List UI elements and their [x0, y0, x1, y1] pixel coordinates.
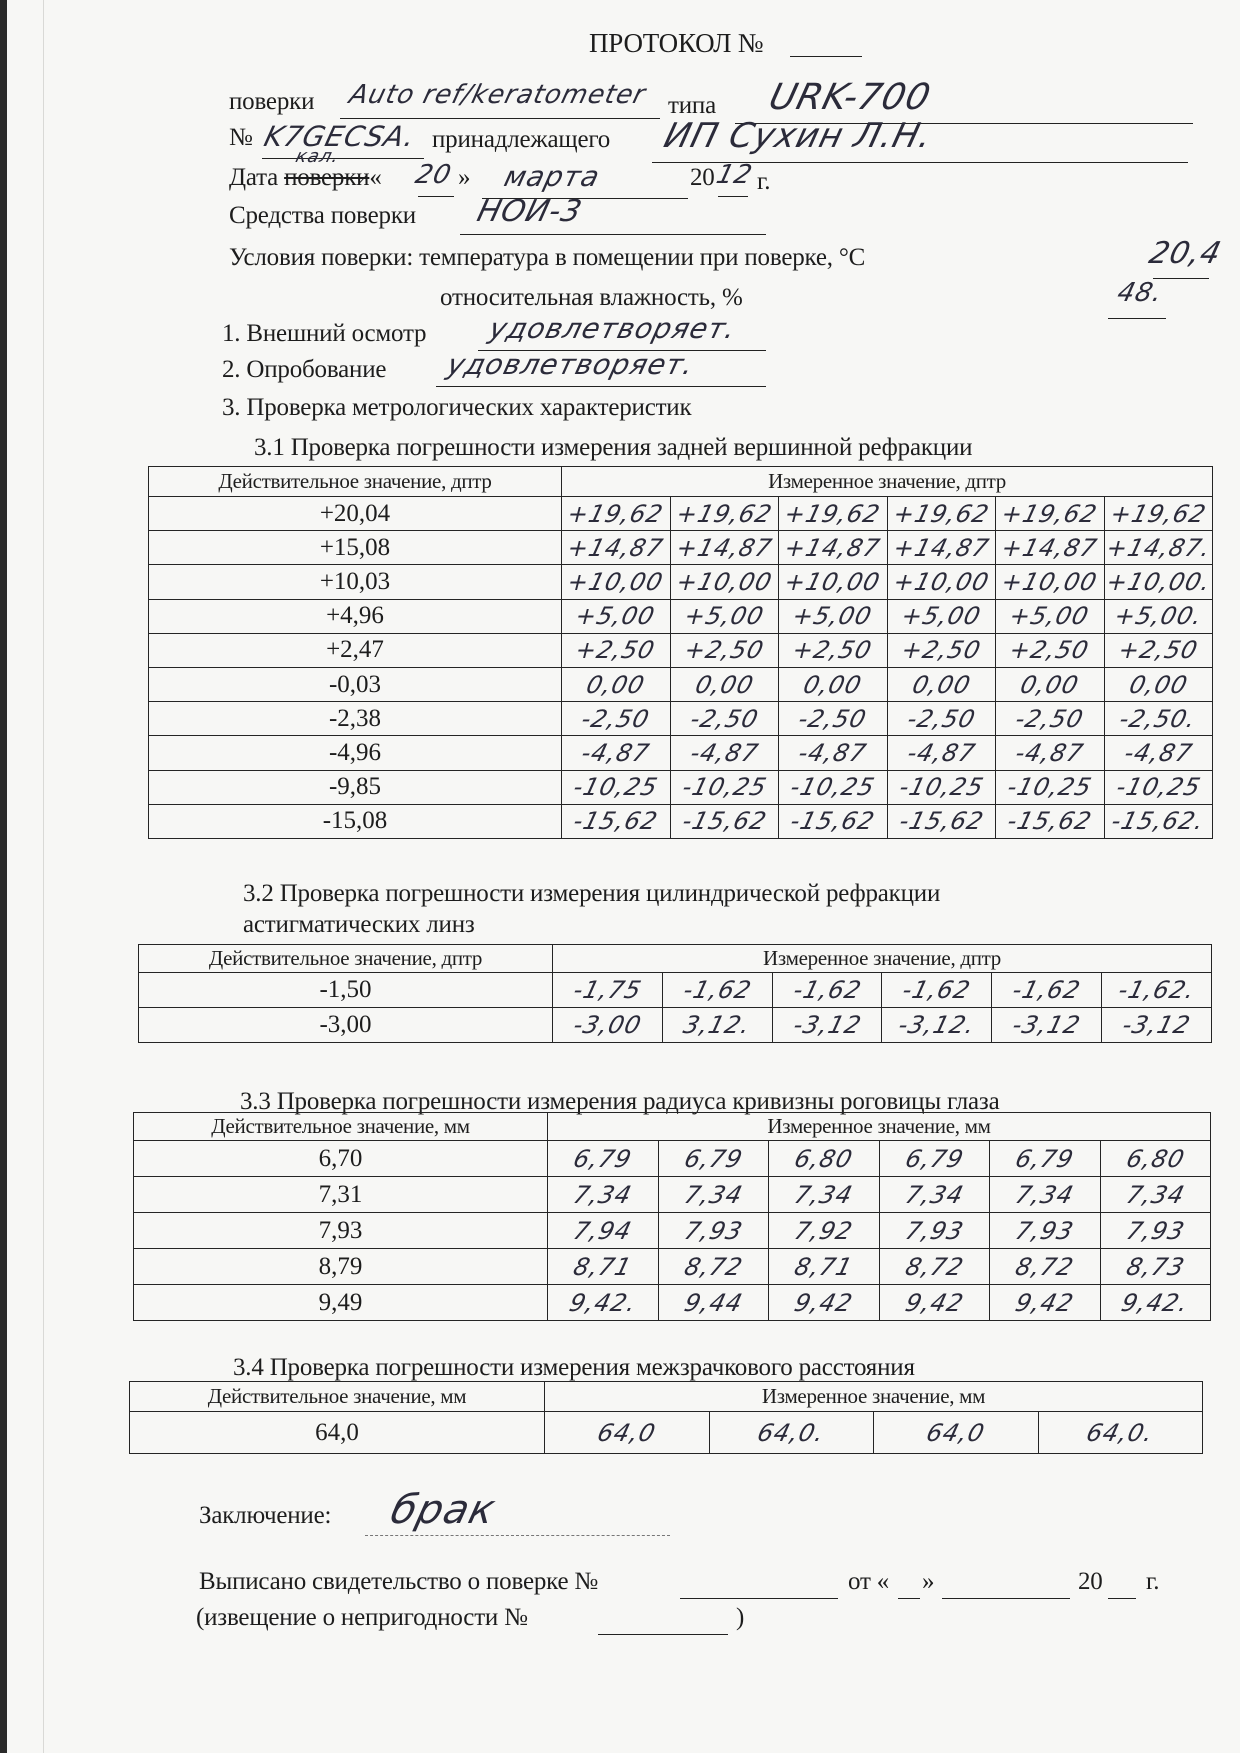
measured-value-cell: 8,72 [879, 1249, 990, 1285]
measured-value-cell: -2,50 [779, 702, 888, 736]
table-row: +2,47+2,50+2,50+2,50+2,50+2,50+2,50 [149, 633, 1213, 667]
measured-value-cell: -10,25 [1104, 770, 1213, 804]
handwritten-value: 7,92 [792, 1217, 856, 1245]
handwritten-value: -15,62 [571, 807, 661, 835]
actual-value-cell: -15,08 [149, 804, 562, 838]
measured-value-cell: -10,25 [779, 770, 888, 804]
column-header-actual: Действительное значение, мм [130, 1382, 545, 1412]
measured-value-cell: -4,87 [1104, 736, 1213, 770]
date-day-line [418, 196, 454, 197]
handwritten-value: +14,87 [673, 534, 775, 562]
actual-value-cell: -0,03 [149, 667, 562, 701]
temperature-value: 20,4 [1150, 236, 1221, 271]
handwritten-value: -15,62 [896, 807, 986, 835]
table-header-row: Действительное значение, дптрИзмеренное … [139, 945, 1212, 973]
handwritten-value: 6,79 [681, 1145, 745, 1173]
actual-value-cell: 9,49 [134, 1285, 548, 1321]
measured-value-cell: 9,42 [990, 1285, 1101, 1321]
actual-value-cell: -2,38 [149, 702, 562, 736]
notice-number-line [598, 1634, 728, 1635]
measured-value-cell: -4,87 [670, 736, 779, 770]
measured-value-cell: +14,87 [887, 531, 996, 565]
measured-value-cell: -4,87 [779, 736, 888, 770]
handwritten-value: -4,87 [904, 739, 978, 767]
certificate-month-line [942, 1598, 1070, 1599]
measured-value-cell: +10,00 [670, 565, 779, 599]
item-testing-value: удовлетворяет. [448, 348, 694, 382]
owner-label: принадлежащего [432, 126, 610, 154]
handwritten-value: -3,12 [1120, 1011, 1194, 1039]
handwritten-value: -2,50 [687, 705, 761, 733]
measured-value-cell: -10,25 [562, 770, 671, 804]
measured-value-cell: -2,50 [996, 702, 1105, 736]
handwritten-value: 8,72 [681, 1253, 745, 1281]
table-row: 6,706,796,796,806,796,796,80 [134, 1141, 1211, 1177]
handwritten-value: 8,71 [571, 1253, 635, 1281]
date-day: 20 [416, 160, 451, 190]
handwritten-value: 7,93 [1013, 1217, 1077, 1245]
handwritten-value: 7,93 [681, 1217, 745, 1245]
date-month: марта [505, 160, 600, 194]
measured-value-cell: +2,50 [996, 633, 1105, 667]
actual-value-cell: 7,31 [134, 1177, 548, 1213]
measured-value-cell: 0,00 [779, 667, 888, 701]
handwritten-value: +14,87 [565, 534, 667, 562]
certificate-year: 20 [1078, 1568, 1103, 1596]
measured-value-cell: -1,62 [662, 973, 772, 1008]
handwritten-value: -4,87 [1013, 739, 1087, 767]
handwritten-value: -4,87 [687, 739, 761, 767]
measured-value-cell: 9,42 [769, 1285, 880, 1321]
handwritten-value: 8,72 [1013, 1253, 1077, 1281]
measured-value-cell: -2,50 [562, 702, 671, 736]
quote-open: « [369, 164, 381, 191]
table-row: -9,85-10,25-10,25-10,25-10,25-10,25-10,2… [149, 770, 1213, 804]
actual-value-cell: -9,85 [149, 770, 562, 804]
date-year-prefix: 20 [690, 164, 715, 192]
handwritten-value: +5,00 [790, 602, 876, 630]
handwritten-value: +5,00 [1007, 602, 1093, 630]
measured-value-cell: -4,87 [562, 736, 671, 770]
measured-value-cell: 3,12. [662, 1008, 772, 1043]
actual-value-cell: 8,79 [134, 1249, 548, 1285]
handwritten-value: +5,00 [681, 602, 767, 630]
handwritten-value: -2,50 [796, 705, 870, 733]
handwritten-value: -10,25 [788, 773, 878, 801]
handwritten-value: 6,79 [902, 1145, 966, 1173]
verification-label: поверки [229, 88, 314, 116]
measured-value-cell: -4,87 [887, 736, 996, 770]
handwritten-value: +2,50 [1007, 636, 1093, 664]
measured-value-cell: 0,00 [996, 667, 1105, 701]
measured-value-cell: 6,80 [1100, 1141, 1211, 1177]
measured-value-cell: 9,42. [548, 1285, 659, 1321]
table-row: 7,317,347,347,347,347,347,34 [134, 1177, 1211, 1213]
measured-value-cell: 64,0. [709, 1412, 874, 1454]
handwritten-value: -1,62 [790, 976, 864, 1004]
handwritten-value: 7,34 [1013, 1181, 1077, 1209]
table-header-row: Действительное значение, ммИзмеренное зн… [134, 1113, 1211, 1141]
date-year-unit: г. [757, 168, 770, 196]
actual-value-cell: +2,47 [149, 633, 562, 667]
handwritten-value: +10,00 [890, 568, 992, 596]
measured-value-cell: -1,62. [1102, 973, 1212, 1008]
table-row: -2,38-2,50-2,50-2,50-2,50-2,50-2,50. [149, 702, 1213, 736]
handwritten-value: +5,00. [1111, 602, 1205, 630]
handwritten-value: +19,62 [673, 500, 775, 528]
measured-value-cell: +14,87 [562, 531, 671, 565]
handwritten-value: -1,75 [570, 976, 644, 1004]
measured-value-cell: 6,80 [769, 1141, 880, 1177]
measured-value-cell: 9,44 [658, 1285, 769, 1321]
measured-value-cell: +19,62 [779, 497, 888, 531]
handwritten-value: 9,42. [1119, 1289, 1192, 1317]
measured-value-cell: +19,62 [562, 497, 671, 531]
measured-value-cell: -10,25 [887, 770, 996, 804]
measured-value-cell: -15,62 [887, 804, 996, 838]
actual-value-cell: 64,0 [130, 1412, 545, 1454]
measured-value-cell: +2,50 [562, 633, 671, 667]
verification-value: Auto ref/keratometer [350, 80, 645, 110]
handwritten-value: +10,00 [999, 568, 1101, 596]
measured-value-cell: -1,75 [553, 973, 663, 1008]
section-3-4-heading: 3.4 Проверка погрешности измерения межзр… [233, 1354, 915, 1382]
handwritten-value: 7,94 [571, 1217, 635, 1245]
measured-value-cell: +14,87. [1104, 531, 1213, 565]
table-row: 64,064,064,0.64,064,0. [130, 1412, 1203, 1454]
handwritten-value: +5,00 [573, 602, 659, 630]
date-label: Дата поверки« [229, 164, 382, 192]
protocol-title: ПРОТОКОЛ № [589, 28, 763, 59]
table-row: 9,499,42.9,449,429,429,429,42. [134, 1285, 1211, 1321]
conditions-label: Условия поверки: температура в помещении… [229, 244, 865, 272]
date-label-text: Дата [229, 164, 278, 191]
handwritten-value: 9,42. [566, 1289, 639, 1317]
handwritten-value: 8,71 [792, 1253, 856, 1281]
handwritten-value: 8,73 [1123, 1253, 1187, 1281]
actual-value-cell: 6,70 [134, 1141, 548, 1177]
handwritten-value: 0,00 [1126, 671, 1190, 699]
handwritten-value: -2,50 [904, 705, 978, 733]
handwritten-value: 7,93 [902, 1217, 966, 1245]
handwritten-value: -15,62 [679, 807, 769, 835]
measured-value-cell: +14,87 [996, 531, 1105, 565]
measured-value-cell: -2,50 [670, 702, 779, 736]
handwritten-value: -4,87 [579, 739, 653, 767]
handwritten-value: 0,00 [801, 671, 865, 699]
measured-value-cell: 0,00 [887, 667, 996, 701]
certificate-day-line [898, 1598, 920, 1599]
handwritten-value: -15,62. [1109, 807, 1208, 835]
measured-value-cell: +10,00. [1104, 565, 1213, 599]
handwritten-value: -1,62 [1010, 976, 1084, 1004]
actual-value-cell: +4,96 [149, 599, 562, 633]
handwritten-value: +19,62 [782, 500, 884, 528]
protocol-title-text: ПРОТОКОЛ № [589, 28, 763, 58]
column-header-measured: Измеренное значение, мм [545, 1382, 1203, 1412]
table-header-row: Действительное значение, ммИзмеренное зн… [130, 1382, 1203, 1412]
handwritten-value: +19,62 [890, 500, 992, 528]
measured-value-cell: 8,71 [769, 1249, 880, 1285]
measured-value-cell: -15,62. [1104, 804, 1213, 838]
conclusion-label: Заключение: [199, 1502, 331, 1530]
measured-value-cell: 8,72 [658, 1249, 769, 1285]
means-value: НОИ-3 [478, 194, 582, 229]
number-line [262, 158, 424, 159]
measured-value-cell: +5,00 [779, 599, 888, 633]
measured-value-cell: +5,00. [1104, 599, 1213, 633]
handwritten-value: +19,62 [565, 500, 667, 528]
notice-close: ) [736, 1604, 744, 1632]
handwritten-value: -3,12 [790, 1011, 864, 1039]
handwritten-value: 0,00 [584, 671, 648, 699]
handwritten-value: 9,42 [1013, 1289, 1077, 1317]
handwritten-value: -1,62 [900, 976, 974, 1004]
handwritten-value: +19,62 [1107, 500, 1209, 528]
measured-value-cell: 0,00 [562, 667, 671, 701]
measured-value-cell: -10,25 [996, 770, 1105, 804]
measured-value-cell: 8,73 [1100, 1249, 1211, 1285]
handwritten-value: 0,00 [909, 671, 973, 699]
column-header-actual: Действительное значение, мм [134, 1113, 548, 1141]
handwritten-value: -4,87 [1121, 739, 1195, 767]
handwritten-value: -2,50. [1117, 705, 1200, 733]
measured-value-cell: +14,87 [670, 531, 779, 565]
certificate-quote-close: » [922, 1568, 934, 1596]
handwritten-value: +10,00. [1104, 568, 1213, 596]
measured-value-cell: 7,93 [990, 1213, 1101, 1249]
item-metrology-label: 3. Проверка метрологических характеристи… [222, 394, 691, 422]
table-header-row: Действительное значение, дптрИзмеренное … [149, 467, 1213, 497]
measured-value-cell: 7,34 [769, 1177, 880, 1213]
table-back-vertex-refraction: Действительное значение, дптрИзмеренное … [148, 466, 1213, 839]
certificate-year-unit: г. [1146, 1568, 1159, 1596]
measured-value-cell: +19,62 [887, 497, 996, 531]
handwritten-value: +5,00 [898, 602, 984, 630]
handwritten-value: +10,00 [782, 568, 884, 596]
measured-value-cell: +19,62 [670, 497, 779, 531]
measured-value-cell: -3,12 [992, 1008, 1102, 1043]
handwritten-value: -2,50 [1013, 705, 1087, 733]
measured-value-cell: 7,93 [658, 1213, 769, 1249]
table-cylindrical-refraction: Действительное значение, дптрИзмеренное … [138, 944, 1212, 1043]
measured-value-cell: 7,94 [548, 1213, 659, 1249]
measured-value-cell: +19,62 [996, 497, 1105, 531]
measured-value-cell: 6,79 [990, 1141, 1101, 1177]
table-row: -1,50-1,75-1,62-1,62-1,62-1,62-1,62. [139, 973, 1212, 1008]
measured-value-cell: 9,42 [879, 1285, 990, 1321]
handwritten-value: +10,00 [565, 568, 667, 596]
handwritten-value: +14,87 [782, 534, 884, 562]
handwritten-value: 7,93 [1123, 1217, 1187, 1245]
handwritten-value: 6,79 [1013, 1145, 1077, 1173]
measured-value-cell: 64,0 [545, 1412, 710, 1454]
handwritten-value: 8,72 [902, 1253, 966, 1281]
measured-value-cell: 8,72 [990, 1249, 1101, 1285]
measured-value-cell: 6,79 [658, 1141, 769, 1177]
item-testing-label: 2. Опробование [222, 356, 386, 384]
measured-value-cell: 7,34 [548, 1177, 659, 1213]
means-line [460, 234, 766, 235]
handwritten-value: +14,87 [999, 534, 1101, 562]
handwritten-value: +2,50 [1116, 636, 1202, 664]
measured-value-cell: 7,34 [879, 1177, 990, 1213]
table-row: +4,96+5,00+5,00+5,00+5,00+5,00+5,00. [149, 599, 1213, 633]
handwritten-value: -15,62 [1005, 807, 1095, 835]
section-3-2-heading: 3.2 Проверка погрешности измерения цилин… [243, 880, 940, 908]
measured-value-cell: -15,62 [996, 804, 1105, 838]
handwritten-value: 0,00 [692, 671, 756, 699]
certificate-year-line [1108, 1598, 1136, 1599]
measured-value-cell: +14,87 [779, 531, 888, 565]
table-corneal-radius: Действительное значение, ммИзмеренное зн… [133, 1112, 1211, 1321]
table-interpupillary-distance: Действительное значение, ммИзмеренное зн… [129, 1381, 1203, 1454]
handwritten-value: -3,12 [1010, 1011, 1084, 1039]
measured-value-cell: -1,62 [772, 973, 882, 1008]
measured-value-cell: -15,62 [562, 804, 671, 838]
measured-value-cell: +2,50 [670, 633, 779, 667]
humidity-line [1108, 318, 1166, 319]
notice-text: (извещение о непригодности № [196, 1604, 528, 1632]
measured-value-cell: +19,62 [1104, 497, 1213, 531]
measured-value-cell: 7,92 [769, 1213, 880, 1249]
column-header-measured: Измеренное значение, мм [548, 1113, 1211, 1141]
measured-value-cell: +10,00 [996, 565, 1105, 599]
measured-value-cell: +2,50 [779, 633, 888, 667]
measured-value-cell: 64,0. [1038, 1412, 1203, 1454]
handwritten-value: +10,00 [673, 568, 775, 596]
handwritten-value: +2,50 [573, 636, 659, 664]
handwritten-value: -1,62. [1115, 976, 1198, 1004]
measured-value-cell: 0,00 [1104, 667, 1213, 701]
measured-value-cell: -3,12 [1102, 1008, 1212, 1043]
handwritten-value: -3,00 [570, 1011, 644, 1039]
humidity-value: 48. [1118, 278, 1162, 308]
measured-value-cell: -4,87 [996, 736, 1105, 770]
measured-value-cell: -2,50 [887, 702, 996, 736]
handwritten-value: 0,00 [1018, 671, 1082, 699]
handwritten-value: 7,34 [571, 1181, 635, 1209]
conclusion-line [365, 1535, 670, 1536]
handwritten-value: 7,34 [1123, 1181, 1187, 1209]
handwritten-value: 9,44 [681, 1289, 745, 1317]
table-row: 8,798,718,728,718,728,728,73 [134, 1249, 1211, 1285]
measured-value-cell: -10,25 [670, 770, 779, 804]
conclusion-value: брак [392, 1486, 495, 1533]
handwritten-value: -10,25 [571, 773, 661, 801]
measured-value-cell: +5,00 [887, 599, 996, 633]
humidity-label: относительная влажность, % [440, 284, 743, 312]
handwritten-value: 7,34 [902, 1181, 966, 1209]
date-struck-word: поверки [284, 164, 369, 191]
measured-value-cell: 64,0 [874, 1412, 1039, 1454]
table-row: -3,00-3,003,12.-3,12-3,12.-3,12-3,12 [139, 1008, 1212, 1043]
section-3-2-heading-line2: астигматических линз [243, 911, 475, 939]
handwritten-value: 64,0. [755, 1419, 828, 1447]
handwritten-value: +14,87 [890, 534, 992, 562]
handwritten-value: 64,0 [595, 1419, 659, 1447]
handwritten-value: 9,42 [792, 1289, 856, 1317]
handwritten-value: +2,50 [898, 636, 984, 664]
handwritten-value: 6,79 [571, 1145, 635, 1173]
table-row: +20,04+19,62+19,62+19,62+19,62+19,62+19,… [149, 497, 1213, 531]
measured-value-cell: +2,50 [887, 633, 996, 667]
handwritten-value: -3,12. [896, 1011, 979, 1039]
certificate-text: Выписано свидетельство о поверке № [199, 1568, 598, 1596]
certificate-number-line [680, 1598, 838, 1599]
measured-value-cell: 6,79 [548, 1141, 659, 1177]
column-header-actual: Действительное значение, дптр [149, 467, 562, 497]
scan-fold-line [43, 0, 44, 1753]
actual-value-cell: 7,93 [134, 1213, 548, 1249]
handwritten-value: 9,42 [902, 1289, 966, 1317]
handwritten-value: -10,25 [1113, 773, 1203, 801]
table-row: 7,937,947,937,927,937,937,93 [134, 1213, 1211, 1249]
quote-close: » [458, 164, 470, 192]
owner-value: ИП Сухин Л.Н. [665, 116, 932, 156]
measured-value-cell: +5,00 [562, 599, 671, 633]
actual-value-cell: -1,50 [139, 973, 553, 1008]
actual-value-cell: +10,03 [149, 565, 562, 599]
table-row: +10,03+10,00+10,00+10,00+10,00+10,00+10,… [149, 565, 1213, 599]
measured-value-cell: +5,00 [670, 599, 779, 633]
table-row: -4,96-4,87-4,87-4,87-4,87-4,87-4,87 [149, 736, 1213, 770]
handwritten-value: +14,87. [1104, 534, 1213, 562]
actual-value-cell: +20,04 [149, 497, 562, 531]
measured-value-cell: +10,00 [562, 565, 671, 599]
measured-value-cell: -3,12. [882, 1008, 992, 1043]
measured-value-cell: 0,00 [670, 667, 779, 701]
column-header-measured: Измеренное значение, дптр [553, 945, 1212, 973]
item-testing-line [436, 386, 766, 387]
handwritten-value: -10,25 [1005, 773, 1095, 801]
measured-value-cell: 6,79 [879, 1141, 990, 1177]
section-3-1-heading: 3.1 Проверка погрешности измерения задне… [254, 434, 972, 462]
column-header-measured: Измеренное значение, дптр [562, 467, 1213, 497]
table-row: -0,030,000,000,000,000,000,00 [149, 667, 1213, 701]
actual-value-cell: +15,08 [149, 531, 562, 565]
measured-value-cell: 7,93 [1100, 1213, 1211, 1249]
measured-value-cell: -15,62 [779, 804, 888, 838]
handwritten-value: 7,34 [681, 1181, 745, 1209]
handwritten-value: -4,87 [796, 739, 870, 767]
measured-value-cell: -3,00 [553, 1008, 663, 1043]
verification-line [340, 118, 660, 119]
table-row: +15,08+14,87+14,87+14,87+14,87+14,87+14,… [149, 531, 1213, 565]
number-label: № [229, 124, 253, 152]
certificate-from: от « [848, 1568, 889, 1596]
measured-value-cell: -1,62 [992, 973, 1102, 1008]
handwritten-value: -10,25 [679, 773, 769, 801]
measured-value-cell: 7,34 [990, 1177, 1101, 1213]
measured-value-cell: -2,50. [1104, 702, 1213, 736]
measured-value-cell: +5,00 [996, 599, 1105, 633]
type-value: URK-700 [770, 76, 930, 118]
measured-value-cell: +10,00 [779, 565, 888, 599]
handwritten-value: +19,62 [999, 500, 1101, 528]
measured-value-cell: +10,00 [887, 565, 996, 599]
means-label: Средства поверки [229, 202, 416, 230]
handwritten-value: 7,34 [792, 1181, 856, 1209]
handwritten-value: 6,80 [1123, 1145, 1187, 1173]
date-year-line [718, 196, 748, 197]
item-external-inspection-value: удовлетворяет. [490, 312, 736, 346]
column-header-actual: Действительное значение, дптр [139, 945, 553, 973]
actual-value-cell: -4,96 [149, 736, 562, 770]
measured-value-cell: 7,93 [879, 1213, 990, 1249]
measured-value-cell: 9,42. [1100, 1285, 1211, 1321]
handwritten-value: +2,50 [790, 636, 876, 664]
